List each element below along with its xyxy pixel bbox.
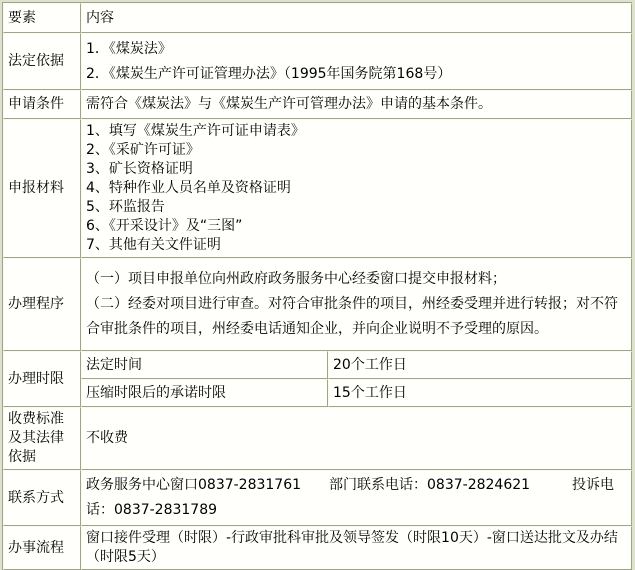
materials-item: 1、填写《煤炭生产许可证申请表》 — [86, 122, 627, 141]
table-row: 法定依据 1．《煤炭法》 2．《煤炭生产许可证管理办法》（1995年国务院第16… — [3, 33, 632, 90]
materials-item: 3、矿长资格证明 — [86, 160, 627, 179]
row-label-contact: 联系方式 — [3, 470, 81, 526]
row-label-legal-basis: 法定依据 — [3, 33, 81, 90]
procedure-step: （一）项目申报单位向州政府政务服务中心经委窗口提交申报材料； — [86, 267, 627, 292]
fees-content: 不收费 — [81, 407, 632, 470]
row-label-time-limit: 办理时限 — [3, 351, 81, 407]
table-row: 办理程序 （一）项目申报单位向州政府政务服务中心经委窗口提交申报材料； （二）经… — [3, 258, 632, 351]
materials-item: 6、《开采设计》及“三图” — [86, 217, 627, 236]
materials-item: 2、《采矿许可证》 — [86, 141, 627, 160]
legal-basis-line: 2．《煤炭生产许可证管理办法》（1995年国务院第168号） — [86, 62, 627, 87]
table-row: 要素 内容 — [3, 3, 632, 33]
row-label-workflow: 办事流程 — [3, 526, 81, 570]
row-label-fees: 收费标准及其法律依据 — [3, 407, 81, 470]
conditions-content: 需符合《煤炭法》与《煤炭生产许可管理办法》申请的基本条件。 — [81, 90, 632, 119]
procedure-content: （一）项目申报单位向州政府政务服务中心经委窗口提交申报材料； （二）经委对项目进… — [81, 258, 632, 351]
header-element-column: 要素 — [3, 3, 81, 33]
row-label-conditions: 申请条件 — [3, 90, 81, 119]
materials-content: 1、填写《煤炭生产许可证申请表》 2、《采矿许可证》 3、矿长资格证明 4、特种… — [81, 119, 632, 258]
procedure-step: （二）经委对项目进行审查。对符合审批条件的项目，州经委受理并进行转报；对不符合审… — [86, 292, 627, 342]
time-limit-promised-name: 压缩时限后的承诺时限 — [81, 379, 328, 407]
time-limit-promised-value: 15个工作日 — [328, 379, 632, 407]
service-info-table: 要素 内容 法定依据 1．《煤炭法》 2．《煤炭生产许可证管理办法》（1995年… — [2, 2, 632, 570]
time-limit-statutory-value: 20个工作日 — [328, 351, 632, 379]
legal-basis-line: 1．《煤炭法》 — [86, 37, 627, 62]
table-row: 联系方式 政务服务中心窗口0837-2831761 部门联系电话：0837-28… — [3, 470, 632, 526]
row-label-procedure: 办理程序 — [3, 258, 81, 351]
table-row: 收费标准及其法律依据 不收费 — [3, 407, 632, 470]
time-limit-statutory-name: 法定时间 — [81, 351, 328, 379]
row-label-materials: 申报材料 — [3, 119, 81, 258]
table-row: 办事流程 窗口接件受理（时限）-行政审批科审批及领导签发（时限10天）-窗口送达… — [3, 526, 632, 570]
table-row: 申请条件 需符合《煤炭法》与《煤炭生产许可管理办法》申请的基本条件。 — [3, 90, 632, 119]
materials-item: 5、环监报告 — [86, 198, 627, 217]
table-row: 申报材料 1、填写《煤炭生产许可证申请表》 2、《采矿许可证》 3、矿长资格证明… — [3, 119, 632, 258]
table-row: 办理时限 法定时间 20个工作日 — [3, 351, 632, 379]
materials-item: 7、其他有关文件证明 — [86, 236, 627, 255]
header-content-column: 内容 — [81, 3, 632, 33]
table-row: 压缩时限后的承诺时限 15个工作日 — [3, 379, 632, 407]
legal-basis-content: 1．《煤炭法》 2．《煤炭生产许可证管理办法》（1995年国务院第168号） — [81, 33, 632, 90]
contact-content: 政务服务中心窗口0837-2831761 部门联系电话：0837-2824621… — [81, 470, 632, 526]
materials-item: 4、特种作业人员名单及资格证明 — [86, 179, 627, 198]
workflow-content: 窗口接件受理（时限）-行政审批科审批及领导签发（时限10天）-窗口送达批文及办结… — [81, 526, 632, 570]
